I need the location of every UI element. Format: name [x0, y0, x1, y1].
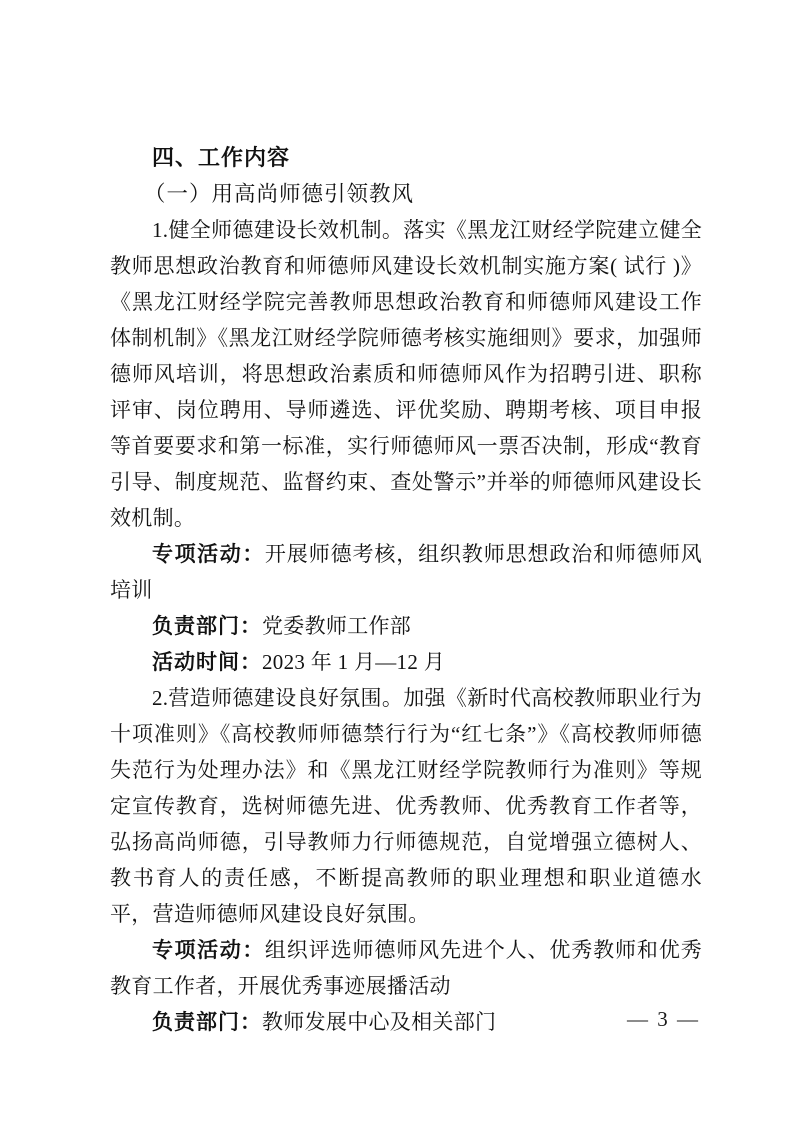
- paragraph-item-2: 2.营造师德建设良好氛围。加强《新时代高校教师职业行为十项准则》《高校教师师德禁…: [110, 680, 702, 932]
- item-1-department-row: 负责部门：党委教师工作部: [110, 608, 702, 644]
- document-page: 四、工作内容 （一）用高尚师德引领教风 1.健全师德建设长效机制。落实《黑龙江财…: [0, 0, 794, 1123]
- page-number: — 3 —: [627, 1001, 700, 1037]
- item-1-activity-label: 专项活动：: [152, 542, 265, 566]
- item-2-activity-row: 专项活动：组织评选师德师风先进个人、优秀教师和优秀教育工作者，开展优秀事迹展播活…: [110, 932, 702, 1004]
- section-heading: 四、工作内容: [110, 140, 702, 176]
- item-1-activity-row: 专项活动：开展师德考核，组织教师思想政治和师德师风培训: [110, 536, 702, 608]
- document-body: 四、工作内容 （一）用高尚师德引领教风 1.健全师德建设长效机制。落实《黑龙江财…: [110, 140, 702, 1040]
- item-1-time-row: 活动时间：2023 年 1 月—12 月: [110, 644, 702, 680]
- item-1-time-label: 活动时间：: [152, 650, 262, 674]
- item-2-activity-label: 专项活动：: [152, 938, 265, 962]
- item-1-department-value: 党委教师工作部: [262, 614, 411, 638]
- item-1-time-value: 2023 年 1 月—12 月: [262, 650, 445, 674]
- item-2-department-value: 教师发展中心及相关部门: [262, 1010, 496, 1034]
- paragraph-item-1: 1.健全师德建设长效机制。落实《黑龙江财经学院建立健全教师思想政治教育和师德师风…: [110, 212, 702, 536]
- subsection-heading: （一）用高尚师德引领教风: [110, 176, 702, 212]
- item-1-department-label: 负责部门：: [152, 614, 262, 638]
- item-2-department-label: 负责部门：: [152, 1010, 262, 1034]
- item-2-department-row: 负责部门：教师发展中心及相关部门: [110, 1004, 702, 1040]
